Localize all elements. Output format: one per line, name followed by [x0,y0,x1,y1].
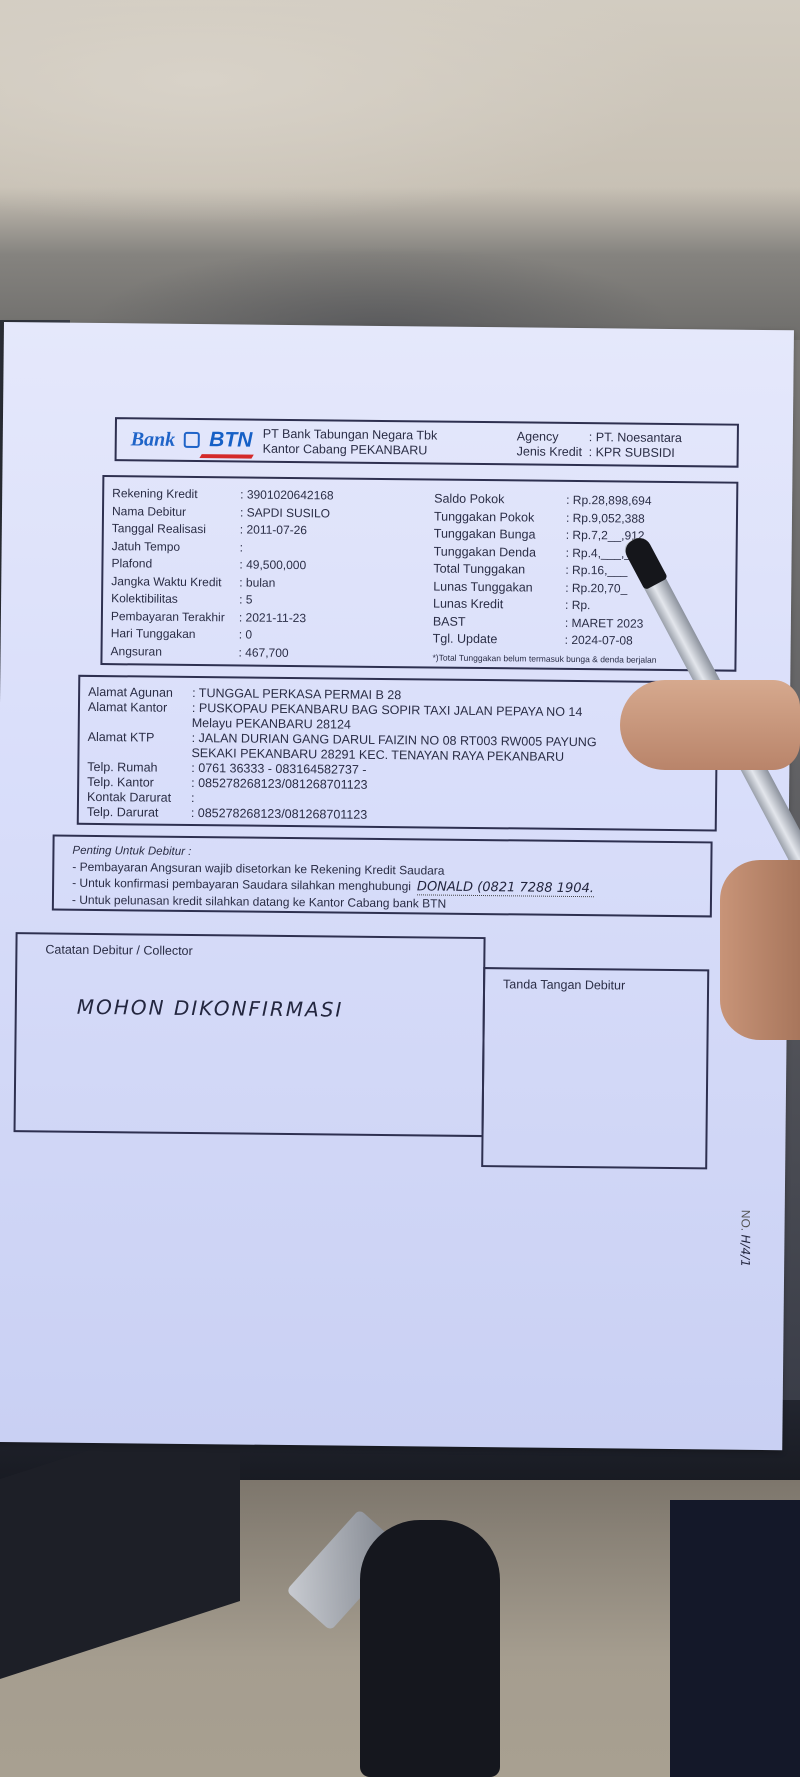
catatan-handwritten-note: MOHON DIKONFIRMASI [77,995,344,1022]
shoe [360,1520,500,1777]
info-value: : JALAN DURIAN GANG DARUL FAIZIN NO 08 R… [191,731,596,765]
info-label: Nama Debitur [112,503,240,522]
trouser-leg [670,1500,800,1777]
info-label: Tunggakan Pokok [434,508,566,527]
info-label: Jangka Waktu Kredit [111,573,239,592]
info-label: Tunggakan Denda [434,543,566,562]
info-row: Plafond: 49,500,000 [111,555,333,575]
side-page-label: NO. [739,1210,753,1231]
info-row: Kolektibilitas: 5 [111,590,333,610]
logo-brand-text: BTN [209,428,252,451]
handwritten-contact: DONALD (0821 7288 1904. [417,879,594,897]
info-value: : 2011-07-26 [240,521,307,539]
info-label: Tgl. Update [433,631,565,650]
info-label: Telp. Kantor [87,775,191,791]
info-label: Plafond [111,555,239,574]
info-row: Rekening Kredit: 3901020642168 [112,485,334,505]
notice-item-text: - Untuk konfirmasi pembayaran Saudara si… [72,876,411,894]
info-value: : 49,500,000 [239,556,306,574]
info-label: Kolektibilitas [111,590,239,609]
side-page-number: NO. H/4/1 [738,1210,753,1267]
info-value: : 5 [239,591,253,609]
info-row: Pembayaran Terakhir: 2021-11-23 [111,608,333,628]
side-page-handwritten: H/4/1 [738,1234,752,1267]
agency-value: : PT. Noesantara [589,430,682,446]
info-row: Jatuh Tempo: [112,538,334,558]
info-label: Alamat Agunan [88,685,192,701]
finger [620,680,800,770]
info-row: Tunggakan Pokok: Rp.9,052,388 [434,508,652,528]
notice-content: Penting Untuk Debitur : - Pembayaran Ang… [72,843,594,913]
info-label: Lunas Tunggakan [433,578,565,597]
info-value: : MARET 2023 [565,614,644,632]
info-label: Hari Tunggakan [111,625,239,644]
info-label: Tanggal Realisasi [112,520,240,539]
info-value: : 085278268123/081268701123 [191,776,367,793]
jenis-kredit-value: : KPR SUBSIDI [589,445,675,461]
branch-name: Kantor Cabang PEKANBARU [263,442,438,459]
info-value: : Rp.20,70_ [565,579,627,597]
house-icon [184,432,200,448]
credit-info-left: Rekening Kredit: 3901020642168Nama Debit… [110,485,333,662]
info-value: : [191,791,195,806]
agency-block: Agency: PT. Noesantara Jenis Kredit: KPR… [517,429,682,461]
logo-bank-text: Bank [131,428,176,450]
info-label: Jatuh Tempo [112,538,240,557]
info-label: Angsuran [110,643,238,662]
info-value: : Rp.16,___ [565,562,627,580]
info-label: Alamat Kantor [88,700,192,731]
ground-background-top [0,0,800,340]
btn-logo: Bank BTN [131,427,253,452]
info-row: Hari Tunggakan: 0 [111,625,333,645]
address-list: Alamat Agunan: TUNGGAL PERKASA PERMAI B … [87,685,597,825]
info-row: BAST: MARET 2023 [433,613,651,633]
info-label: Rekening Kredit [112,485,240,504]
info-label: Kontak Darurat [87,790,191,806]
info-row: Jangka Waktu Kredit: bulan [111,573,333,593]
header-box: Bank BTN PT Bank Tabungan Negara Tbk Kan… [115,417,739,468]
btn-credit-statement-paper: Bank BTN PT Bank Tabungan Negara Tbk Kan… [0,322,794,1450]
info-value: : bulan [239,574,275,592]
info-value: : PUSKOPAU PEKANBARU BAG SOPIR TAXI JALA… [192,701,583,735]
logo-swoosh [199,454,253,459]
info-row: Angsuran: 467,700 [110,643,332,663]
info-value: : 3901020642168 [240,486,334,504]
info-value: : SAPDI SUSILO [240,504,330,522]
info-row: Lunas Tunggakan: Rp.20,70_ [433,578,651,598]
catatan-label: Catatan Debitur / Collector [45,942,192,958]
info-label: Tunggakan Bunga [434,526,566,545]
info-value: : Rp.28,898,694 [566,492,652,510]
info-value: : Rp. [565,597,591,615]
info-row: Saldo Pokok: Rp.28,898,694 [434,491,652,511]
info-label: Alamat KTP [87,730,191,761]
thumb [720,860,800,1040]
info-value: : [240,539,244,557]
signature-label: Tanda Tangan Debitur [503,977,625,992]
info-label: Total Tunggakan [433,561,565,580]
info-value: : 2024-07-08 [565,632,633,650]
info-value: : 467,700 [238,644,288,662]
credit-info-right: Saldo Pokok: Rp.28,898,694Tunggakan Poko… [433,491,652,651]
agency-label: Agency [517,429,589,445]
info-row: Lunas Kredit: Rp. [433,596,651,616]
info-row: Nama Debitur: SAPDI SUSILO [112,503,334,523]
signature-box: Tanda Tangan Debitur [481,967,709,1169]
catatan-box: Catatan Debitur / Collector MOHON DIKONF… [14,932,486,1137]
info-label: Telp. Darurat [87,805,191,821]
info-row: Tunggakan Bunga: Rp.7,2__,912 [434,526,652,546]
address-box: Alamat Agunan: TUNGGAL PERKASA PERMAI B … [77,675,719,832]
bank-name-block: PT Bank Tabungan Negara Tbk Kantor Caban… [263,427,438,459]
info-label: BAST [433,613,565,632]
info-value: : 2021-11-23 [239,609,306,627]
info-row: Total Tunggakan: Rp.16,___ [433,561,651,581]
jenis-kredit-label: Jenis Kredit [517,444,589,460]
info-label: Saldo Pokok [434,491,566,510]
info-label: Telp. Rumah [87,760,191,776]
info-value: : 085278268123/081268701123 [191,806,367,823]
info-label: Pembayaran Terakhir [111,608,239,627]
info-value: : 0 [239,626,253,644]
info-label: Lunas Kredit [433,596,565,615]
info-row: Tanggal Realisasi: 2011-07-26 [112,520,334,540]
info-row: Tunggakan Denda: Rp.4,___,__7 [434,543,652,563]
info-value: : Rp.9,052,388 [566,509,645,527]
info-row: Tgl. Update: 2024-07-08 [433,631,651,651]
notice-box: Penting Untuk Debitur : - Pembayaran Ang… [52,835,713,918]
total-tunggakan-footnote: *)Total Tunggakan belum termasuk bunga &… [432,653,656,665]
